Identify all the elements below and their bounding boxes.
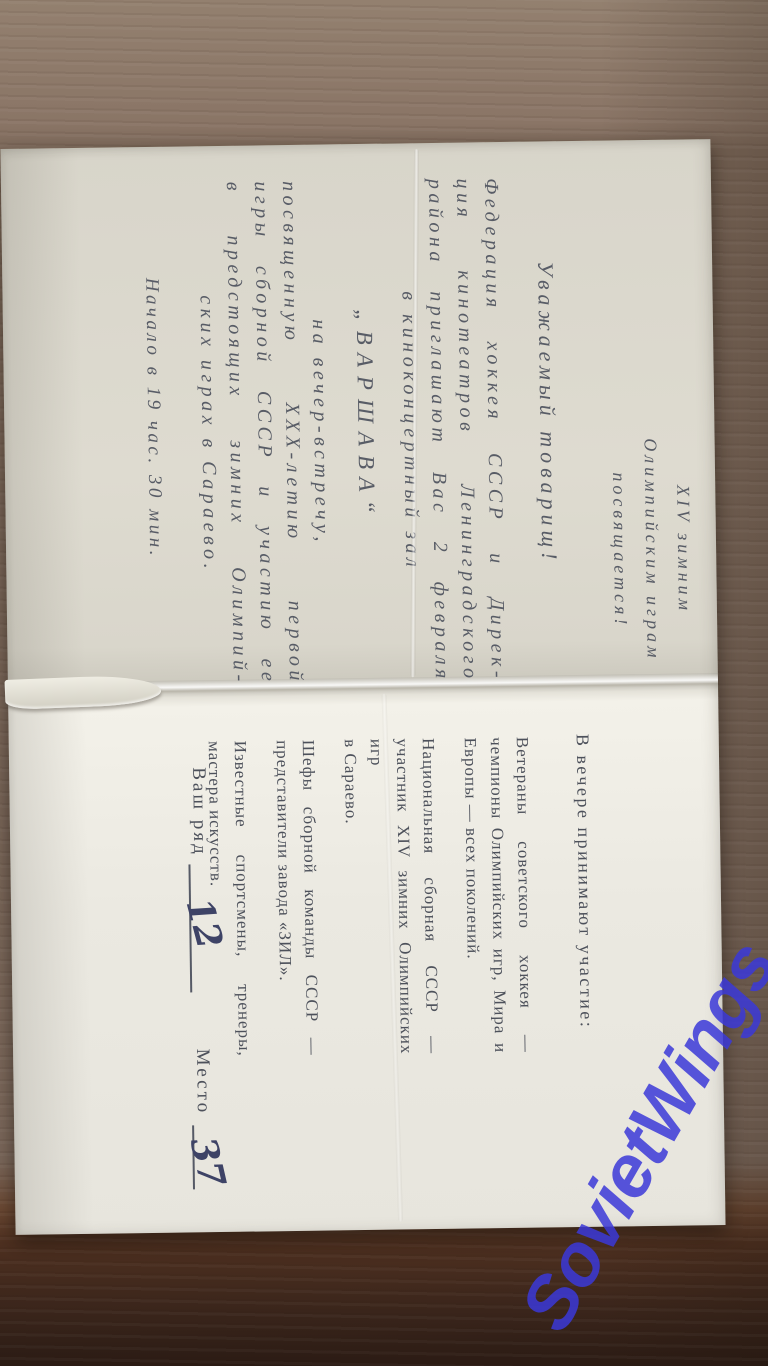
epigraph-line: посвящается! — [602, 424, 638, 676]
paragraph-line: Известные спортсмены, тренеры, — [227, 741, 257, 1057]
participant-paragraph: Ветераны советского хоккея — чемпионы Ол… — [457, 737, 539, 1054]
venue-name: „ВАРШАВА“ — [348, 144, 382, 687]
paragraph-line: Национальная сборная СССР — — [415, 738, 445, 1054]
paragraph-line: в Сараево. — [337, 739, 367, 1055]
paragraph-line: Европы — всех поколений. — [457, 737, 487, 1053]
invitation-page: XIV зимним Олимпийским играм посвящается… — [0, 139, 718, 692]
paragraph-line: Ветераны советского хоккея — — [509, 737, 539, 1053]
epigraph: XIV зимним Олимпийским играм посвящается… — [602, 423, 702, 676]
salutation: Уважаемый товарищ! — [530, 141, 564, 684]
participant-paragraph: Национальная сборная СССР — участник XIV… — [337, 738, 445, 1055]
paragraph-line: чемпионы Олимпийских игр, Мира и — [483, 737, 513, 1053]
place-label: Место — [191, 1049, 214, 1116]
row-label: Ваш ряд — [187, 767, 210, 857]
invitation-card: XIV зимним Олимпийским играм посвящается… — [0, 139, 725, 1235]
participants-list: Ветераны советского хоккея — чемпионы Ол… — [185, 737, 539, 1058]
epigraph-line: XIV зимним — [666, 423, 702, 675]
participants-heading: В вечере принимают участие: — [572, 734, 597, 1030]
photo-of-invitation: XIV зимним Олимпийским играм посвящается… — [0, 0, 768, 1366]
invitation-body: Федерация хоккея СССР и Дирек- ция кинот… — [393, 178, 512, 684]
paragraph-line: представители завода «ЗИЛ». — [269, 740, 299, 1056]
epigraph-line: Олимпийским играм — [634, 424, 670, 676]
place-blank-line: 37 — [192, 1125, 219, 1189]
paragraph-line: Шефы сборной команды СССР — — [295, 740, 325, 1056]
invitation-body-continued: на вечер-встречу, посвященную XXX-летию … — [191, 180, 338, 686]
start-time: Начало в 19 час. 30 мин. — [138, 147, 168, 690]
row-blank-line: 12 — [188, 864, 216, 992]
place-number-handwritten: 37 — [182, 1133, 234, 1191]
paragraph-line: участник XIV зимних Олимпийских игр — [363, 738, 419, 1055]
participant-paragraph: Шефы сборной команды СССР — представител… — [269, 740, 325, 1057]
